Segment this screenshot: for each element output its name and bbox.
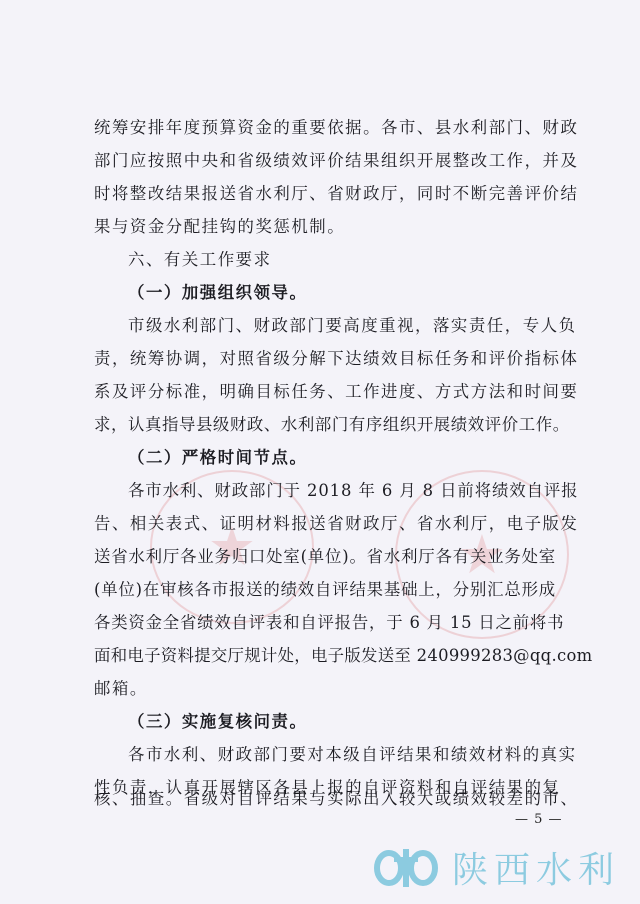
body-text-line: 各类资金全省绩效自评表和自评报告，于 6 月 15 日之前将书	[94, 612, 556, 634]
body-text-line: 市级水利部门、财政部门要高度重视，落实责任，专人负	[128, 315, 556, 337]
body-text-line: 核、抽查。省级对自评结果与实际出入较大或绩效较差的市、	[94, 788, 556, 810]
page-number: — 5 —	[515, 812, 563, 827]
subsection-heading-1: （一）加强组织领导。	[128, 282, 556, 304]
body-text-line: 部门应按照中央和省级绩效评价结果组织开展整改工作，并及	[94, 150, 556, 172]
body-text-line: 面和电子资料提交厅规计处，电子版发送至 240999283@qq.com	[94, 645, 556, 667]
watermark-logo: 陕西水利	[374, 842, 620, 893]
body-text-line: (单位)在审核各市报送的绩效自评结果基础上，分别汇总形成	[94, 579, 556, 601]
body-text-line: 各市水利、财政部门要对本级自评结果和绩效材料的真实	[128, 744, 556, 766]
body-text-line: 送省水利厅各业务归口处室(单位)。省水利厅各有关业务处室	[94, 546, 556, 568]
subsection-heading-2: （二）严格时间节点。	[128, 447, 556, 469]
subsection-heading-3: （三）实施复核问责。	[128, 711, 556, 733]
body-text-line: 时将整改结果报送省水利厅、省财政厅，同时不断完善评价结	[94, 183, 556, 205]
body-text-line: 邮箱。	[94, 678, 556, 700]
body-text-line: 责，统筹协调，对照省级分解下达绩效目标任务和评价指标体	[94, 348, 556, 370]
shaanxi-water-logo-icon	[374, 847, 438, 889]
document-page: ★ ★ 统筹安排年度预算资金的重要依据。各市、县水利部门、财政 部门应按照中央和…	[0, 0, 640, 904]
body-text-line: 各市水利、财政部门于 2018 年 6 月 8 日前将绩效自评报	[128, 480, 556, 502]
watermark-text: 陕西水利	[452, 842, 620, 893]
body-text-line: 统筹安排年度预算资金的重要依据。各市、县水利部门、财政	[94, 117, 556, 139]
body-text-line: 求，认真指导县级财政、水利部门有序组织开展绩效评价工作。	[94, 414, 556, 436]
body-text-line: 告、相关表式、证明材料报送省财政厅、省水利厅，电子版发	[94, 513, 556, 535]
body-text-line: 系及评分标准，明确目标任务、工作进度、方式方法和时间要	[94, 381, 556, 403]
body-text-line: 果与资金分配挂钩的奖惩机制。	[94, 216, 556, 238]
section-heading: 六、有关工作要求	[128, 249, 556, 271]
